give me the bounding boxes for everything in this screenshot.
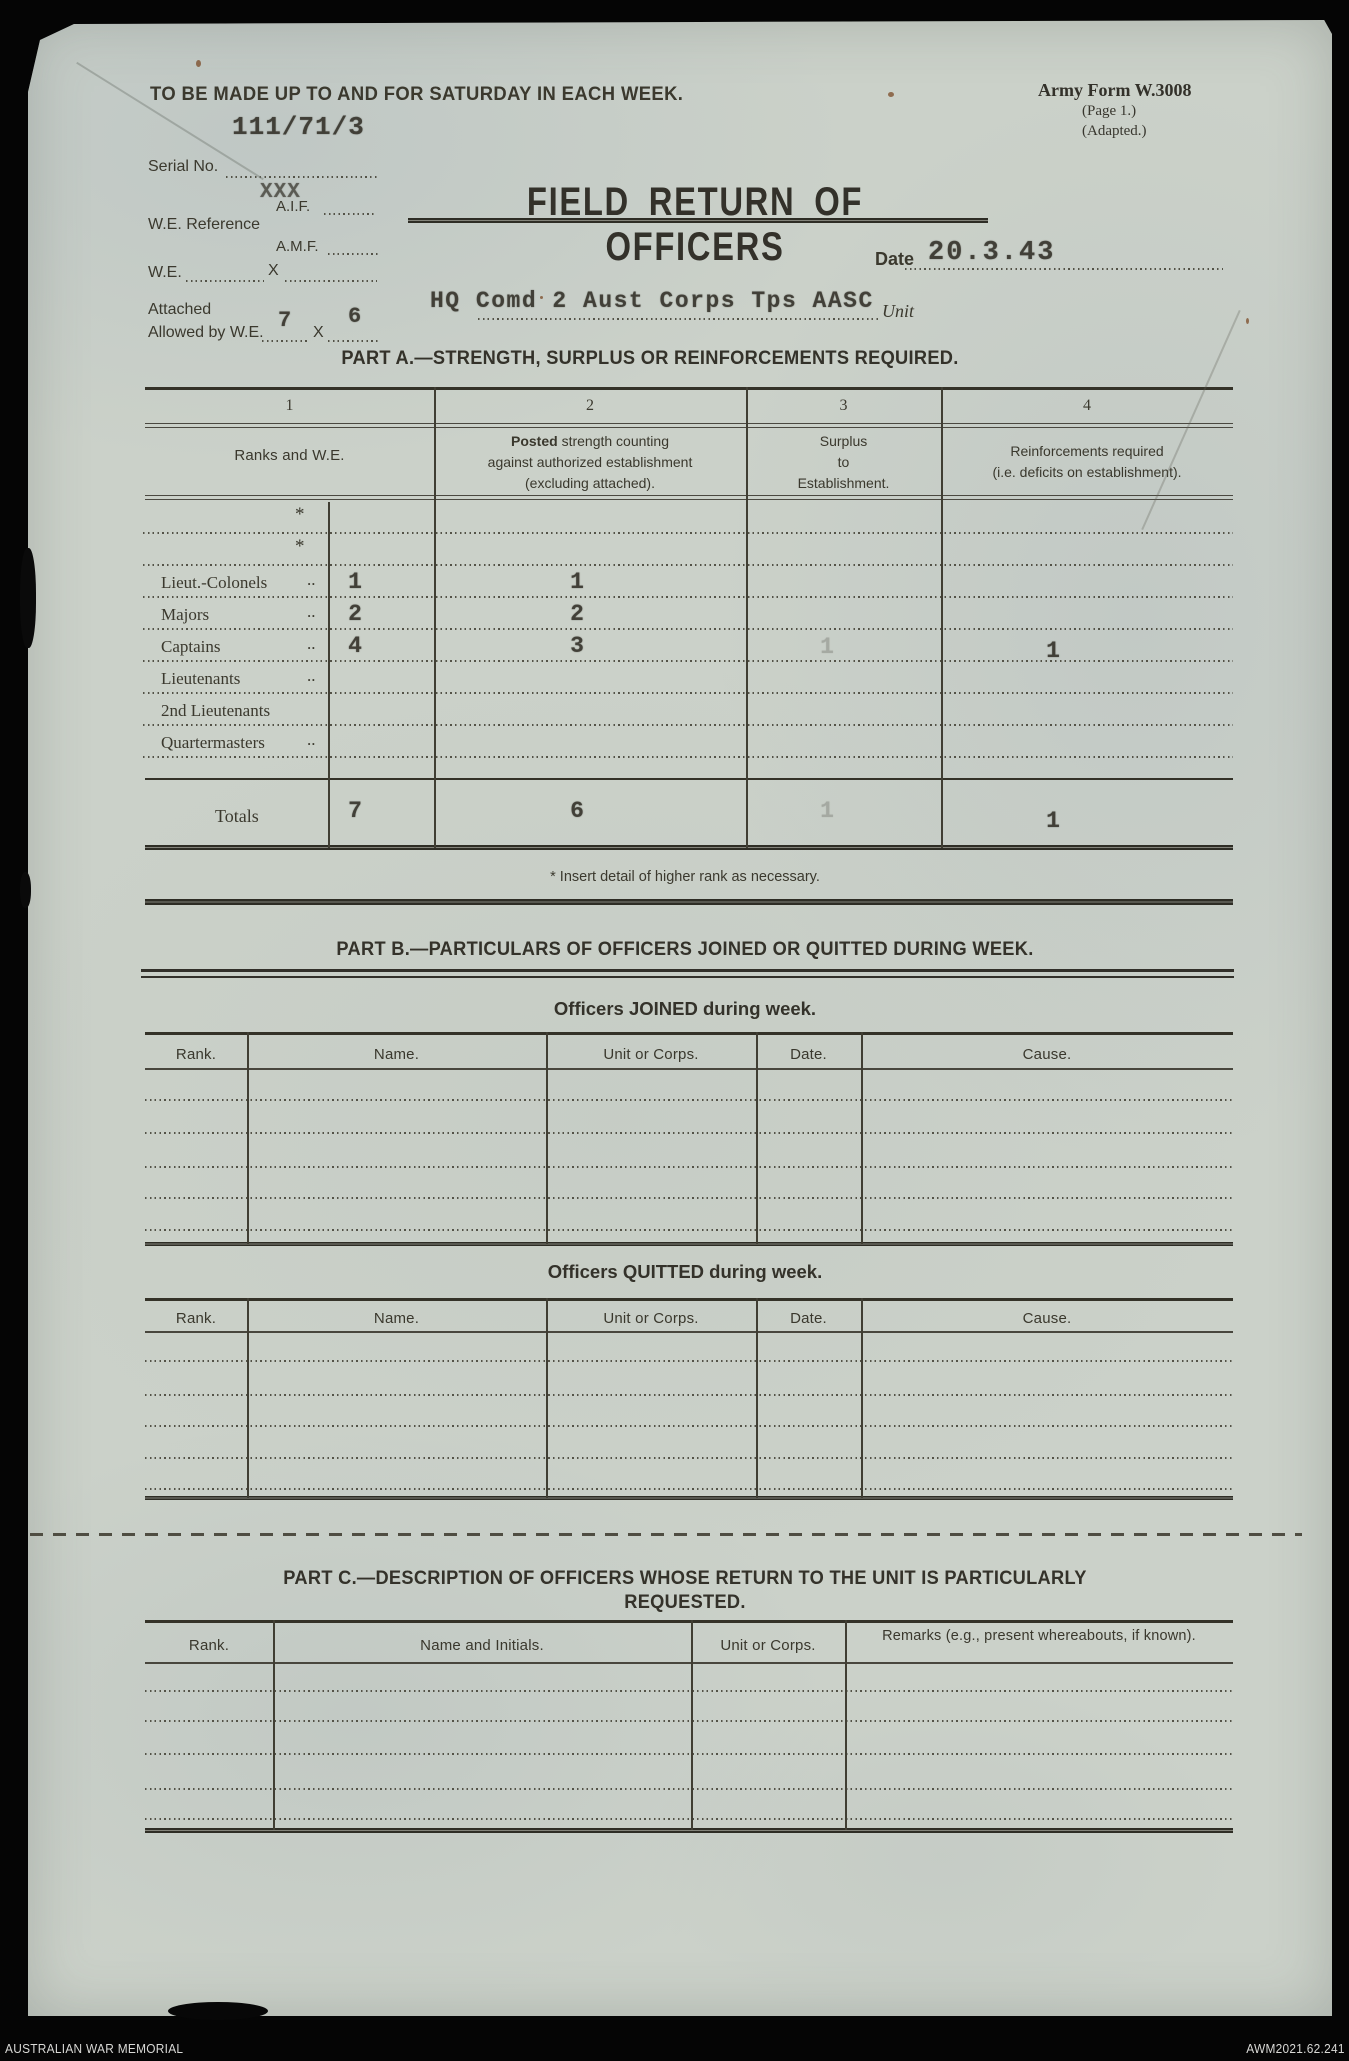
- higher-rank-star: *: [295, 536, 305, 558]
- officers-joined-title: Officers JOINED during week.: [141, 998, 1229, 1020]
- unit-fill-line: [478, 318, 878, 320]
- attached-label: Attached: [148, 301, 211, 319]
- part-a-header-reinf-line1: Reinforcements required: [1010, 443, 1163, 459]
- part-a-header-surplus-line2: to: [838, 454, 850, 470]
- weekly-instruction: TO BE MADE UP TO AND FOR SATURDAY IN EAC…: [150, 84, 683, 106]
- form-adapted: (Adapted.): [1038, 121, 1268, 141]
- table-row: *: [145, 534, 1233, 566]
- we-x-mark: X: [268, 262, 279, 280]
- part-a-header-surplus-line1: Surplus: [820, 433, 867, 449]
- part-a-header-rule-bottom: [145, 495, 1233, 500]
- rank-leader-dots: ..: [307, 730, 316, 750]
- part-a-header-reinf-line2: (i.e. deficits on establishment).: [992, 464, 1181, 480]
- title-underline: [408, 218, 988, 223]
- fill-line: [145, 1425, 1233, 1427]
- part-b-heading: PART B.—PARTICULARS OF OFFICERS JOINED O…: [163, 939, 1207, 961]
- table-row: 2nd Lieutenants: [145, 694, 1233, 726]
- officers-quitted-title: Officers QUITTED during week.: [141, 1261, 1229, 1283]
- part-a-header-surplus-line3: Establishment.: [798, 475, 890, 491]
- quitted-top-rule: [145, 1298, 1233, 1301]
- fill-line: [145, 1753, 1233, 1755]
- we-strength-value: 2: [330, 601, 380, 627]
- posted-strength-value: 1: [542, 569, 612, 595]
- form-page: (Page 1.): [1038, 101, 1268, 121]
- we-reference-label: W.E. Reference: [148, 216, 260, 234]
- quitted-divider-4: [861, 1298, 863, 1498]
- torn-edge-notch: [20, 548, 36, 648]
- part-a-subdivider: [328, 502, 330, 848]
- serial-fill-line: [226, 176, 378, 178]
- allowed-left-value: 7: [278, 308, 291, 333]
- scanned-document-page: TO BE MADE UP TO AND FOR SATURDAY IN EAC…: [0, 0, 1349, 2061]
- rank-label: Quartermasters: [161, 733, 265, 753]
- part-c-top-rule: [145, 1620, 1233, 1623]
- catalog-reference: AWM2021.62.241: [1246, 2042, 1345, 2056]
- part-a-header-posted: Posted strength counting against authori…: [439, 431, 741, 494]
- fill-line: [145, 1457, 1233, 1459]
- fill-line: [145, 1166, 1233, 1168]
- we-strength-value: 4: [330, 633, 380, 659]
- aif-fill-line: [324, 213, 376, 215]
- part-a-header-ranks: Ranks and W.E.: [145, 447, 434, 464]
- rank-label: Majors: [161, 605, 209, 625]
- part-a-colnum-2: 2: [434, 397, 746, 415]
- quitted-header-cause: Cause.: [861, 1310, 1233, 1327]
- date-label: Date: [875, 249, 914, 270]
- posted-strength-value: 3: [542, 633, 612, 659]
- rank-label: Lieut.-Colonels: [161, 573, 267, 593]
- totals-posted-value: 6: [542, 798, 612, 824]
- quitted-header-date: Date.: [756, 1310, 861, 1327]
- torn-edge-notch: [20, 872, 31, 908]
- part-c-divider-3: [845, 1620, 847, 1830]
- joined-top-rule: [145, 1032, 1233, 1035]
- joined-divider-3: [756, 1032, 758, 1244]
- fill-line: [145, 1360, 1233, 1362]
- part-a-divider-1: [434, 387, 436, 848]
- part-a-closing-rule: [145, 899, 1233, 905]
- archive-credit: AUSTRALIAN WAR MEMORIAL: [5, 2042, 183, 2056]
- part-c-divider-2: [691, 1620, 693, 1830]
- part-a-bottom-rule: [145, 845, 1233, 850]
- part-a-header-posted-bold: Posted: [511, 433, 558, 449]
- unit-value: HQ Comd 2 Aust Corps Tps AASC: [430, 288, 874, 314]
- fill-line: [145, 1394, 1233, 1396]
- part-c-divider-1: [273, 1620, 275, 1830]
- joined-header-rank: Rank.: [145, 1046, 247, 1063]
- stain: [540, 296, 543, 299]
- date-value: 20.3.43: [928, 238, 1055, 268]
- table-row: Lieutenants ..: [145, 662, 1233, 694]
- allowed-label: Allowed by W.E.: [148, 324, 264, 342]
- edge-blob: [168, 2002, 268, 2020]
- quitted-header-name: Name.: [247, 1310, 546, 1327]
- part-c-header-name: Name and Initials.: [273, 1637, 691, 1654]
- quitted-divider-2: [546, 1298, 548, 1498]
- part-b-heading-rule: [141, 969, 1234, 978]
- totals-label: Totals: [215, 806, 259, 827]
- joined-divider-2: [546, 1032, 548, 1244]
- part-a-footnote: * Insert detail of higher rank as necess…: [141, 869, 1229, 885]
- joined-header-date: Date.: [756, 1046, 861, 1063]
- serial-value: 111/71/3: [232, 112, 365, 142]
- quitted-header-rank: Rank.: [145, 1310, 247, 1327]
- part-c-table: Rank. Name and Initials. Unit or Corps. …: [145, 1620, 1233, 1833]
- joined-header-unit: Unit or Corps.: [546, 1046, 756, 1063]
- perforation-line: [30, 1533, 1302, 1536]
- fill-line: [145, 1197, 1233, 1199]
- joined-header-cause: Cause.: [861, 1046, 1233, 1063]
- form-number-block: Army Form W.3008 (Page 1.) (Adapted.): [1038, 80, 1268, 141]
- stain: [1246, 318, 1249, 324]
- part-a-divider-3: [941, 387, 943, 848]
- stain: [888, 92, 894, 97]
- we-fill-line-left: [186, 280, 264, 282]
- fill-line: [145, 1229, 1233, 1231]
- quitted-divider-1: [247, 1298, 249, 1498]
- fill-line: [145, 1818, 1233, 1820]
- totals-surplus-value: 1: [792, 798, 862, 824]
- surplus-value: 1: [792, 634, 862, 660]
- allowed-fill-right: [328, 340, 378, 342]
- fill-line: [145, 1690, 1233, 1692]
- part-a-body: * * Lieut.-Colonels .. 1 1 Majors .. 2 2…: [145, 502, 1233, 758]
- part-c-header-underline: [145, 1662, 1233, 1664]
- totals-row: Totals 7 6 1 1: [145, 780, 1233, 843]
- rank-label: Lieutenants: [161, 669, 240, 689]
- allowed-fill-left: [262, 340, 310, 342]
- part-a-heading: PART A.—STRENGTH, SURPLUS OR REINFORCEME…: [122, 348, 1178, 370]
- joined-divider-1: [247, 1032, 249, 1244]
- part-a-colnum-1: 1: [145, 397, 434, 415]
- part-a-top-rule: [145, 387, 1233, 390]
- joined-header-underline: [145, 1068, 1233, 1070]
- part-a-header-surplus: Surplus to Establishment.: [746, 431, 941, 494]
- part-a-header-posted-line3: (excluding attached).: [525, 475, 655, 491]
- quitted-header-underline: [145, 1331, 1233, 1333]
- higher-rank-star: *: [295, 504, 305, 526]
- part-a-table: 1 2 3 4 Ranks and W.E. Posted strength c…: [145, 387, 1233, 853]
- amf-fill-line: [328, 253, 378, 255]
- unit-label: Unit: [882, 301, 914, 322]
- officers-joined-table: Rank. Name. Unit or Corps. Date. Cause.: [145, 1032, 1233, 1246]
- quitted-bottom-rule: [145, 1496, 1233, 1500]
- joined-divider-4: [861, 1032, 863, 1244]
- part-c-header-unit: Unit or Corps.: [691, 1637, 845, 1654]
- part-c-header-rank: Rank.: [145, 1637, 273, 1654]
- joined-header-name: Name.: [247, 1046, 546, 1063]
- officers-quitted-table: Rank. Name. Unit or Corps. Date. Cause.: [145, 1298, 1233, 1500]
- stain: [196, 60, 201, 67]
- we-strength-value: 1: [330, 569, 380, 595]
- part-c-heading-line1: PART C.—DESCRIPTION OF OFFICERS WHOSE RE…: [163, 1568, 1207, 1590]
- posted-strength-value: 2: [542, 601, 612, 627]
- allowed-right-value: 6: [348, 304, 361, 329]
- rank-label: 2nd Lieutenants: [161, 701, 270, 721]
- part-a-header-rule-top: [145, 423, 1233, 428]
- table-row: Lieut.-Colonels .. 1 1: [145, 566, 1233, 598]
- quitted-header-unit: Unit or Corps.: [546, 1310, 756, 1327]
- part-a-header-posted-line1: strength counting: [558, 433, 669, 449]
- fill-line: [145, 1488, 1233, 1490]
- totals-we-value: 7: [330, 798, 380, 824]
- rank-leader-dots: ..: [307, 634, 316, 654]
- reinforcements-value: 1: [1018, 638, 1088, 664]
- quitted-divider-3: [756, 1298, 758, 1498]
- allowed-x-mark: X: [313, 324, 324, 342]
- rank-leader-dots: ..: [307, 666, 316, 686]
- joined-bottom-rule: [145, 1242, 1233, 1246]
- amf-label: A.M.F.: [276, 238, 319, 255]
- part-a-colnum-4: 4: [941, 397, 1233, 415]
- part-a-colnum-3: 3: [746, 397, 941, 415]
- form-number: Army Form W.3008: [1038, 80, 1268, 101]
- fill-line: [145, 1788, 1233, 1790]
- we-label: W.E.: [148, 264, 182, 282]
- part-a-divider-2: [746, 387, 748, 848]
- table-row: Majors .. 2 2: [145, 598, 1233, 630]
- table-row: Captains .. 4 3 1 1: [145, 630, 1233, 662]
- part-c-heading-line2: REQUESTED.: [163, 1592, 1207, 1614]
- fill-line: [145, 1132, 1233, 1134]
- we-fill-line-right: [285, 280, 377, 282]
- rank-label: Captains: [161, 637, 221, 657]
- totals-reinforcements-value: 1: [1018, 808, 1088, 834]
- rank-leader-dots: ..: [307, 570, 316, 590]
- aif-label: A.I.F.: [276, 198, 310, 215]
- table-row: *: [145, 502, 1233, 534]
- rank-leader-dots: ..: [307, 602, 316, 622]
- part-c-header-remarks: Remarks (e.g., present whereabouts, if k…: [845, 1627, 1233, 1645]
- part-a-header-posted-line2: against authorized establishment: [488, 454, 693, 470]
- date-fill-line: [905, 268, 1223, 270]
- part-c-bottom-rule: [145, 1828, 1233, 1833]
- part-a-header-reinforcements: Reinforcements required (i.e. deficits o…: [941, 441, 1233, 483]
- serial-label: Serial No.: [148, 158, 218, 176]
- fill-line: [145, 1099, 1233, 1101]
- table-row: Quartermasters ..: [145, 726, 1233, 758]
- fill-line: [145, 1720, 1233, 1722]
